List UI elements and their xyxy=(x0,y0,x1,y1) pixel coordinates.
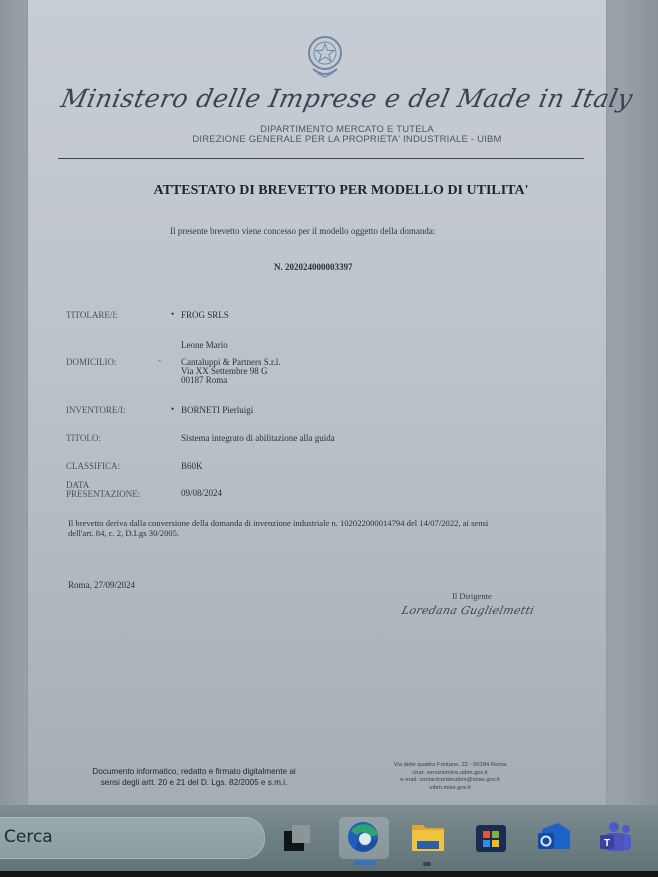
domicilio-line-3: 00187 Roma xyxy=(181,375,227,385)
bullet-icon: • xyxy=(171,404,174,414)
signer-role: Il Dirigente xyxy=(452,591,492,601)
paragraph-line-2: dell'art. 84, c. 2, D.Lgs 30/2005. xyxy=(68,528,588,538)
footer-website: uibm.mise.gov.it xyxy=(355,785,545,793)
titolo-value: Sistema integrato di abilitazione alla g… xyxy=(181,433,335,443)
explorer-running-indicator xyxy=(423,862,431,866)
svg-text:T: T xyxy=(604,838,610,849)
edge-icon[interactable] xyxy=(345,819,381,855)
footer-left-line-2: sensi degli artt. 20 e 21 del D. Lgs. 82… xyxy=(66,777,322,788)
domicilio-label: DOMICILIO: xyxy=(66,357,117,367)
search-placeholder[interactable]: Cerca xyxy=(4,827,53,847)
intro-text: Il presente brevetto viene concesso per … xyxy=(170,226,435,236)
inventore-label: INVENTORE/I: xyxy=(66,405,125,415)
task-view-icon[interactable] xyxy=(280,819,316,855)
dash-marker: - xyxy=(158,355,161,365)
patent-number: N. 202024000003397 xyxy=(274,262,353,272)
edge-active-indicator xyxy=(354,861,376,865)
folder-icon[interactable] xyxy=(410,819,446,855)
teams-icon[interactable]: T xyxy=(598,819,634,855)
conversion-paragraph: Il brevetto deriva dalla conversione del… xyxy=(68,518,588,538)
signature: Loredana Guglielmetti xyxy=(400,604,535,617)
data-presentazione-value: 09/08/2024 xyxy=(181,488,222,498)
classifica-value: B60K xyxy=(181,461,203,471)
footer-address: Via delle quattro Fontane, 22 - 00184 Ro… xyxy=(355,762,545,770)
footer-left-line-1: Documento informatico, redatto e firmato… xyxy=(66,766,322,777)
italian-emblem-icon xyxy=(305,33,345,83)
patent-certificate-page xyxy=(28,0,606,805)
footer-contacts: Via delle quattro Fontane, 22 - 00184 Ro… xyxy=(355,762,545,792)
domicilio-name: Leone Mario xyxy=(181,340,228,350)
header-divider xyxy=(58,158,584,159)
inventore-value: BORNETI Pierluigi xyxy=(181,405,253,415)
taskbar: Cerca T xyxy=(0,805,658,877)
data-label-line-2: PRESENTAZIONE: xyxy=(66,489,140,499)
department-line-2: DIREZIONE GENERALE PER LA PROPRIETA' IND… xyxy=(18,134,658,145)
paragraph-line-1: Il brevetto deriva dalla conversione del… xyxy=(68,518,588,528)
ministry-name: Ministero delle Imprese e del Made in It… xyxy=(15,84,658,113)
place-date: Roma, 27/09/2024 xyxy=(68,580,135,590)
footer-legal-note: Documento informatico, redatto e firmato… xyxy=(66,766,322,788)
titolare-value: FROG SRLS xyxy=(181,310,229,320)
document-title: ATTESTATO DI BREVETTO PER MODELLO DI UTI… xyxy=(12,183,658,199)
bullet-icon: • xyxy=(171,309,174,319)
store-icon[interactable] xyxy=(473,819,509,855)
classifica-label: CLASSIFICA: xyxy=(66,461,120,471)
titolare-label: TITOLARE/I: xyxy=(66,310,118,320)
outlook-icon[interactable] xyxy=(536,819,572,855)
footer-email: e-mail: contactcenteruibm@mise.gov.it xyxy=(355,777,545,785)
titolo-label: TITOLO: xyxy=(66,433,101,443)
monitor-bezel xyxy=(0,871,658,877)
footer-chat: chat: servizionline.uibm.gov.it xyxy=(355,770,545,778)
